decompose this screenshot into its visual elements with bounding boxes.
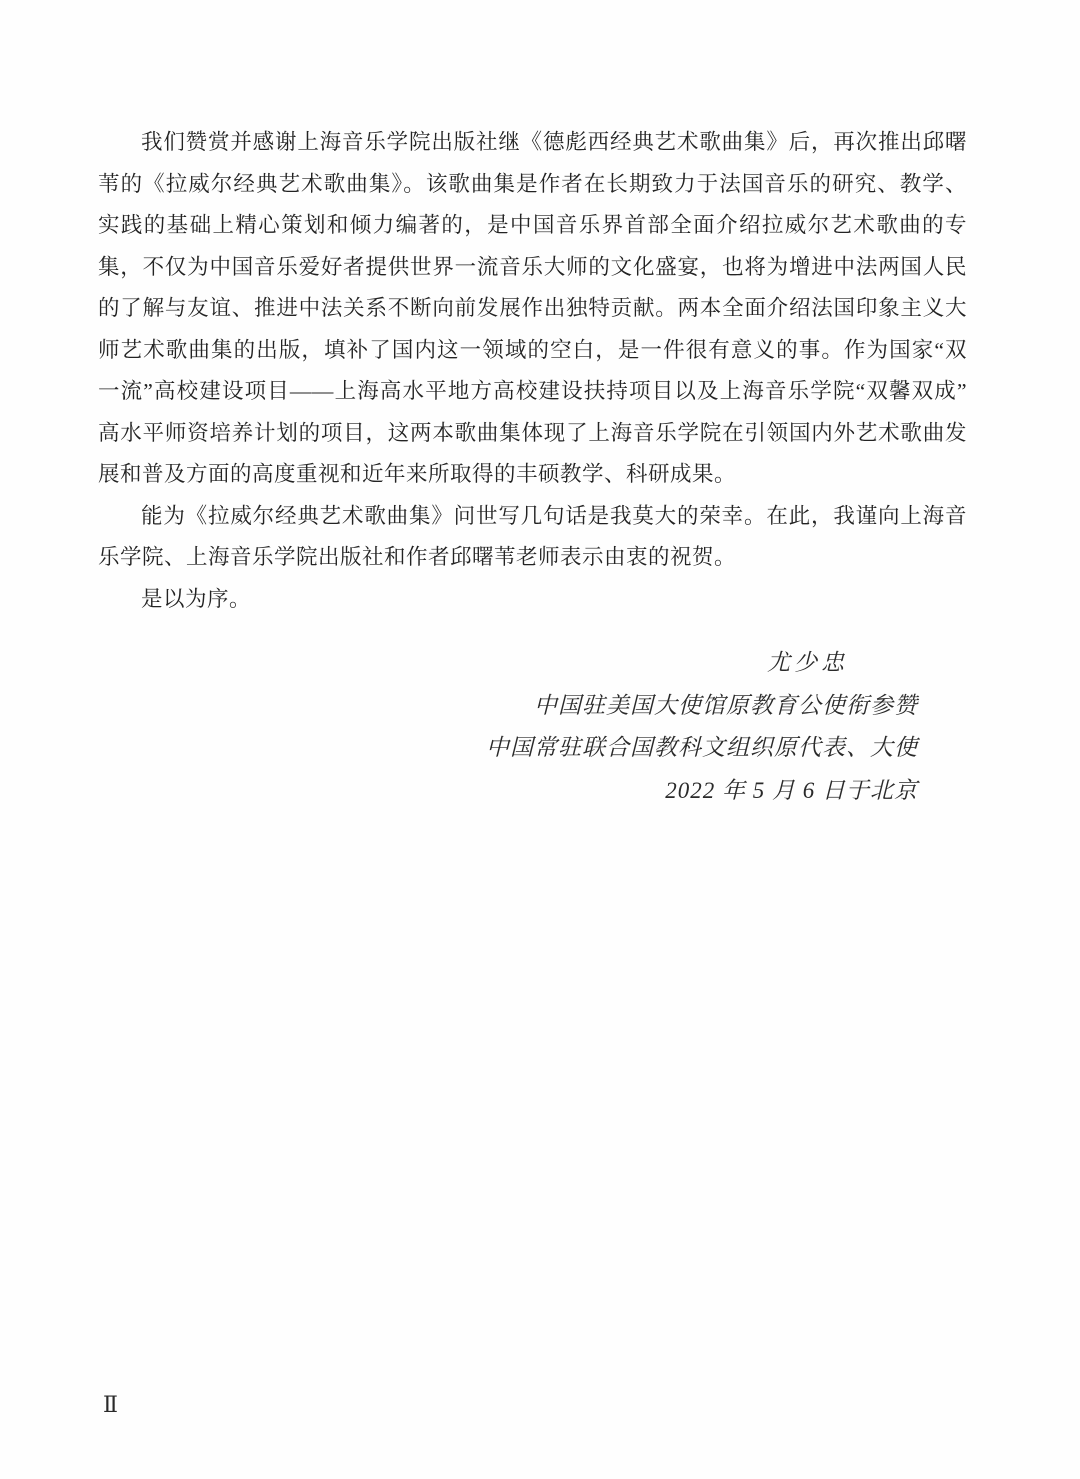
body-line-1: 我们赞赏并感谢上海音乐学院出版社继《德彪西经典艺术歌曲集》后，再次推出邱曙: [98, 122, 967, 164]
body-line-9: 展和普及方面的高度重视和近年来所取得的丰硕教学、科研成果。: [98, 454, 967, 496]
page-number: Ⅱ: [103, 1392, 118, 1418]
document-page: 我们赞赏并感谢上海音乐学院出版社继《德彪西经典艺术歌曲集》后，再次推出邱曙 苇的…: [0, 0, 1080, 1479]
body-line-5: 的了解与友谊、推进中法关系不断向前发展作出独特贡献。两本全面介绍法国印象主义大: [98, 288, 967, 330]
body-line-2: 苇的《拉威尔经典艺术歌曲集》。该歌曲集是作者在长期致力于法国音乐的研究、教学、: [98, 164, 967, 206]
signature-block: 尤少忠 中国驻美国大使馆原教育公使衔参赞 中国常驻联合国教科文组织原代表、大使 …: [486, 642, 918, 812]
body-line-8: 高水平师资培养计划的项目，这两本歌曲集体现了上海音乐学院在引领国内外艺术歌曲发: [98, 413, 967, 455]
body-line-10: 能为《拉威尔经典艺术歌曲集》问世写几句话是我莫大的荣幸。在此，我谨向上海音: [98, 496, 967, 538]
body-line-12: 是以为序。: [98, 579, 967, 621]
body-line-6: 师艺术歌曲集的出版，填补了国内这一领域的空白，是一件很有意义的事。作为国家“双: [98, 330, 967, 372]
signature-title-2: 中国常驻联合国教科文组织原代表、大使: [486, 727, 918, 770]
signature-name: 尤少忠: [486, 642, 918, 685]
preface-body: 我们赞赏并感谢上海音乐学院出版社继《德彪西经典艺术歌曲集》后，再次推出邱曙 苇的…: [98, 122, 967, 620]
body-line-11: 乐学院、上海音乐学院出版社和作者邱曙苇老师表示由衷的祝贺。: [98, 537, 967, 579]
signature-title-1: 中国驻美国大使馆原教育公使衔参赞: [486, 685, 918, 728]
signature-date: 2022 年 5 月 6 日于北京: [486, 770, 918, 813]
body-line-3: 实践的基础上精心策划和倾力编著的，是中国音乐界首部全面介绍拉威尔艺术歌曲的专: [98, 205, 967, 247]
body-line-4: 集，不仅为中国音乐爱好者提供世界一流音乐大师的文化盛宴，也将为增进中法两国人民: [98, 247, 967, 289]
body-line-7: 一流”高校建设项目——上海高水平地方高校建设扶持项目以及上海音乐学院“双馨双成”: [98, 371, 967, 413]
